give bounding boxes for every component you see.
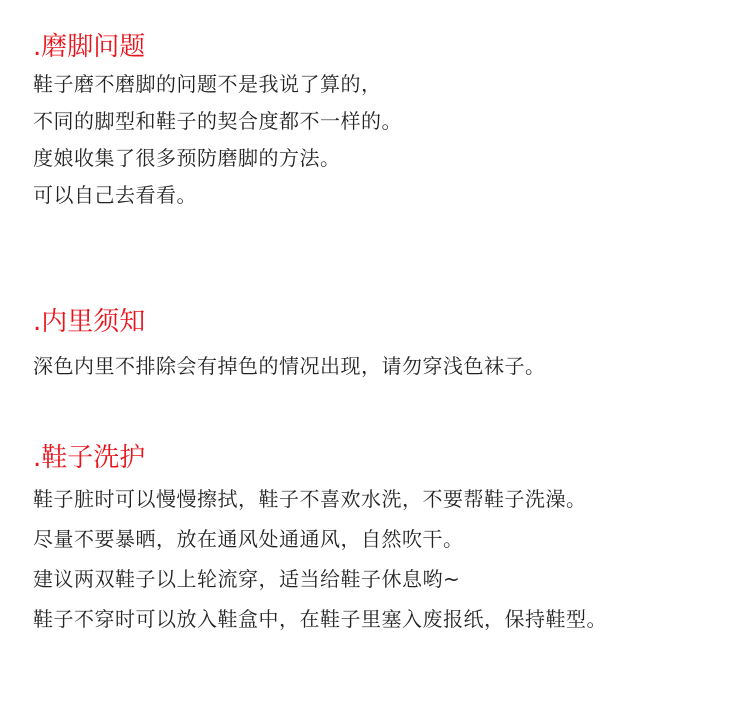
section-foot-rubbing: .磨脚问题 鞋子磨不磨脚的问题不是我说了算的， 不同的脚型和鞋子的契合度都不一样… [33,31,402,214]
section-lining-notice: .内里须知 深色内里不排除会有掉色的情况出现，请勿穿浅色袜子。 [33,306,546,385]
body-line: 尽量不要暴晒，放在通风处通通风，自然吹干。 [33,519,607,559]
body-line: 鞋子脏时可以慢慢擦拭，鞋子不喜欢水洗，不要帮鞋子洗澡。 [33,479,607,519]
body-line: 鞋子不穿时可以放入鞋盒中，在鞋子里塞入废报纸，保持鞋型。 [33,599,607,639]
body-line: 不同的脚型和鞋子的契合度都不一样的。 [33,103,402,140]
body-line: 可以自己去看看。 [33,177,402,214]
section-body: 鞋子脏时可以慢慢擦拭，鞋子不喜欢水洗，不要帮鞋子洗澡。 尽量不要暴晒，放在通风处… [33,479,607,639]
section-body: 深色内里不排除会有掉色的情况出现，请勿穿浅色袜子。 [33,348,546,385]
body-line: 鞋子磨不磨脚的问题不是我说了算的， [33,66,402,103]
section-heading: .磨脚问题 [33,31,402,63]
body-line: 度娘收集了很多预防磨脚的方法。 [33,140,402,177]
section-heading: .鞋子洗护 [33,442,607,474]
section-heading: .内里须知 [33,306,546,338]
section-shoe-care: .鞋子洗护 鞋子脏时可以慢慢擦拭，鞋子不喜欢水洗，不要帮鞋子洗澡。 尽量不要暴晒… [33,442,607,639]
body-line: 深色内里不排除会有掉色的情况出现，请勿穿浅色袜子。 [33,348,546,385]
section-body: 鞋子磨不磨脚的问题不是我说了算的， 不同的脚型和鞋子的契合度都不一样的。 度娘收… [33,66,402,214]
body-line: 建议两双鞋子以上轮流穿，适当给鞋子休息哟~ [33,559,607,599]
